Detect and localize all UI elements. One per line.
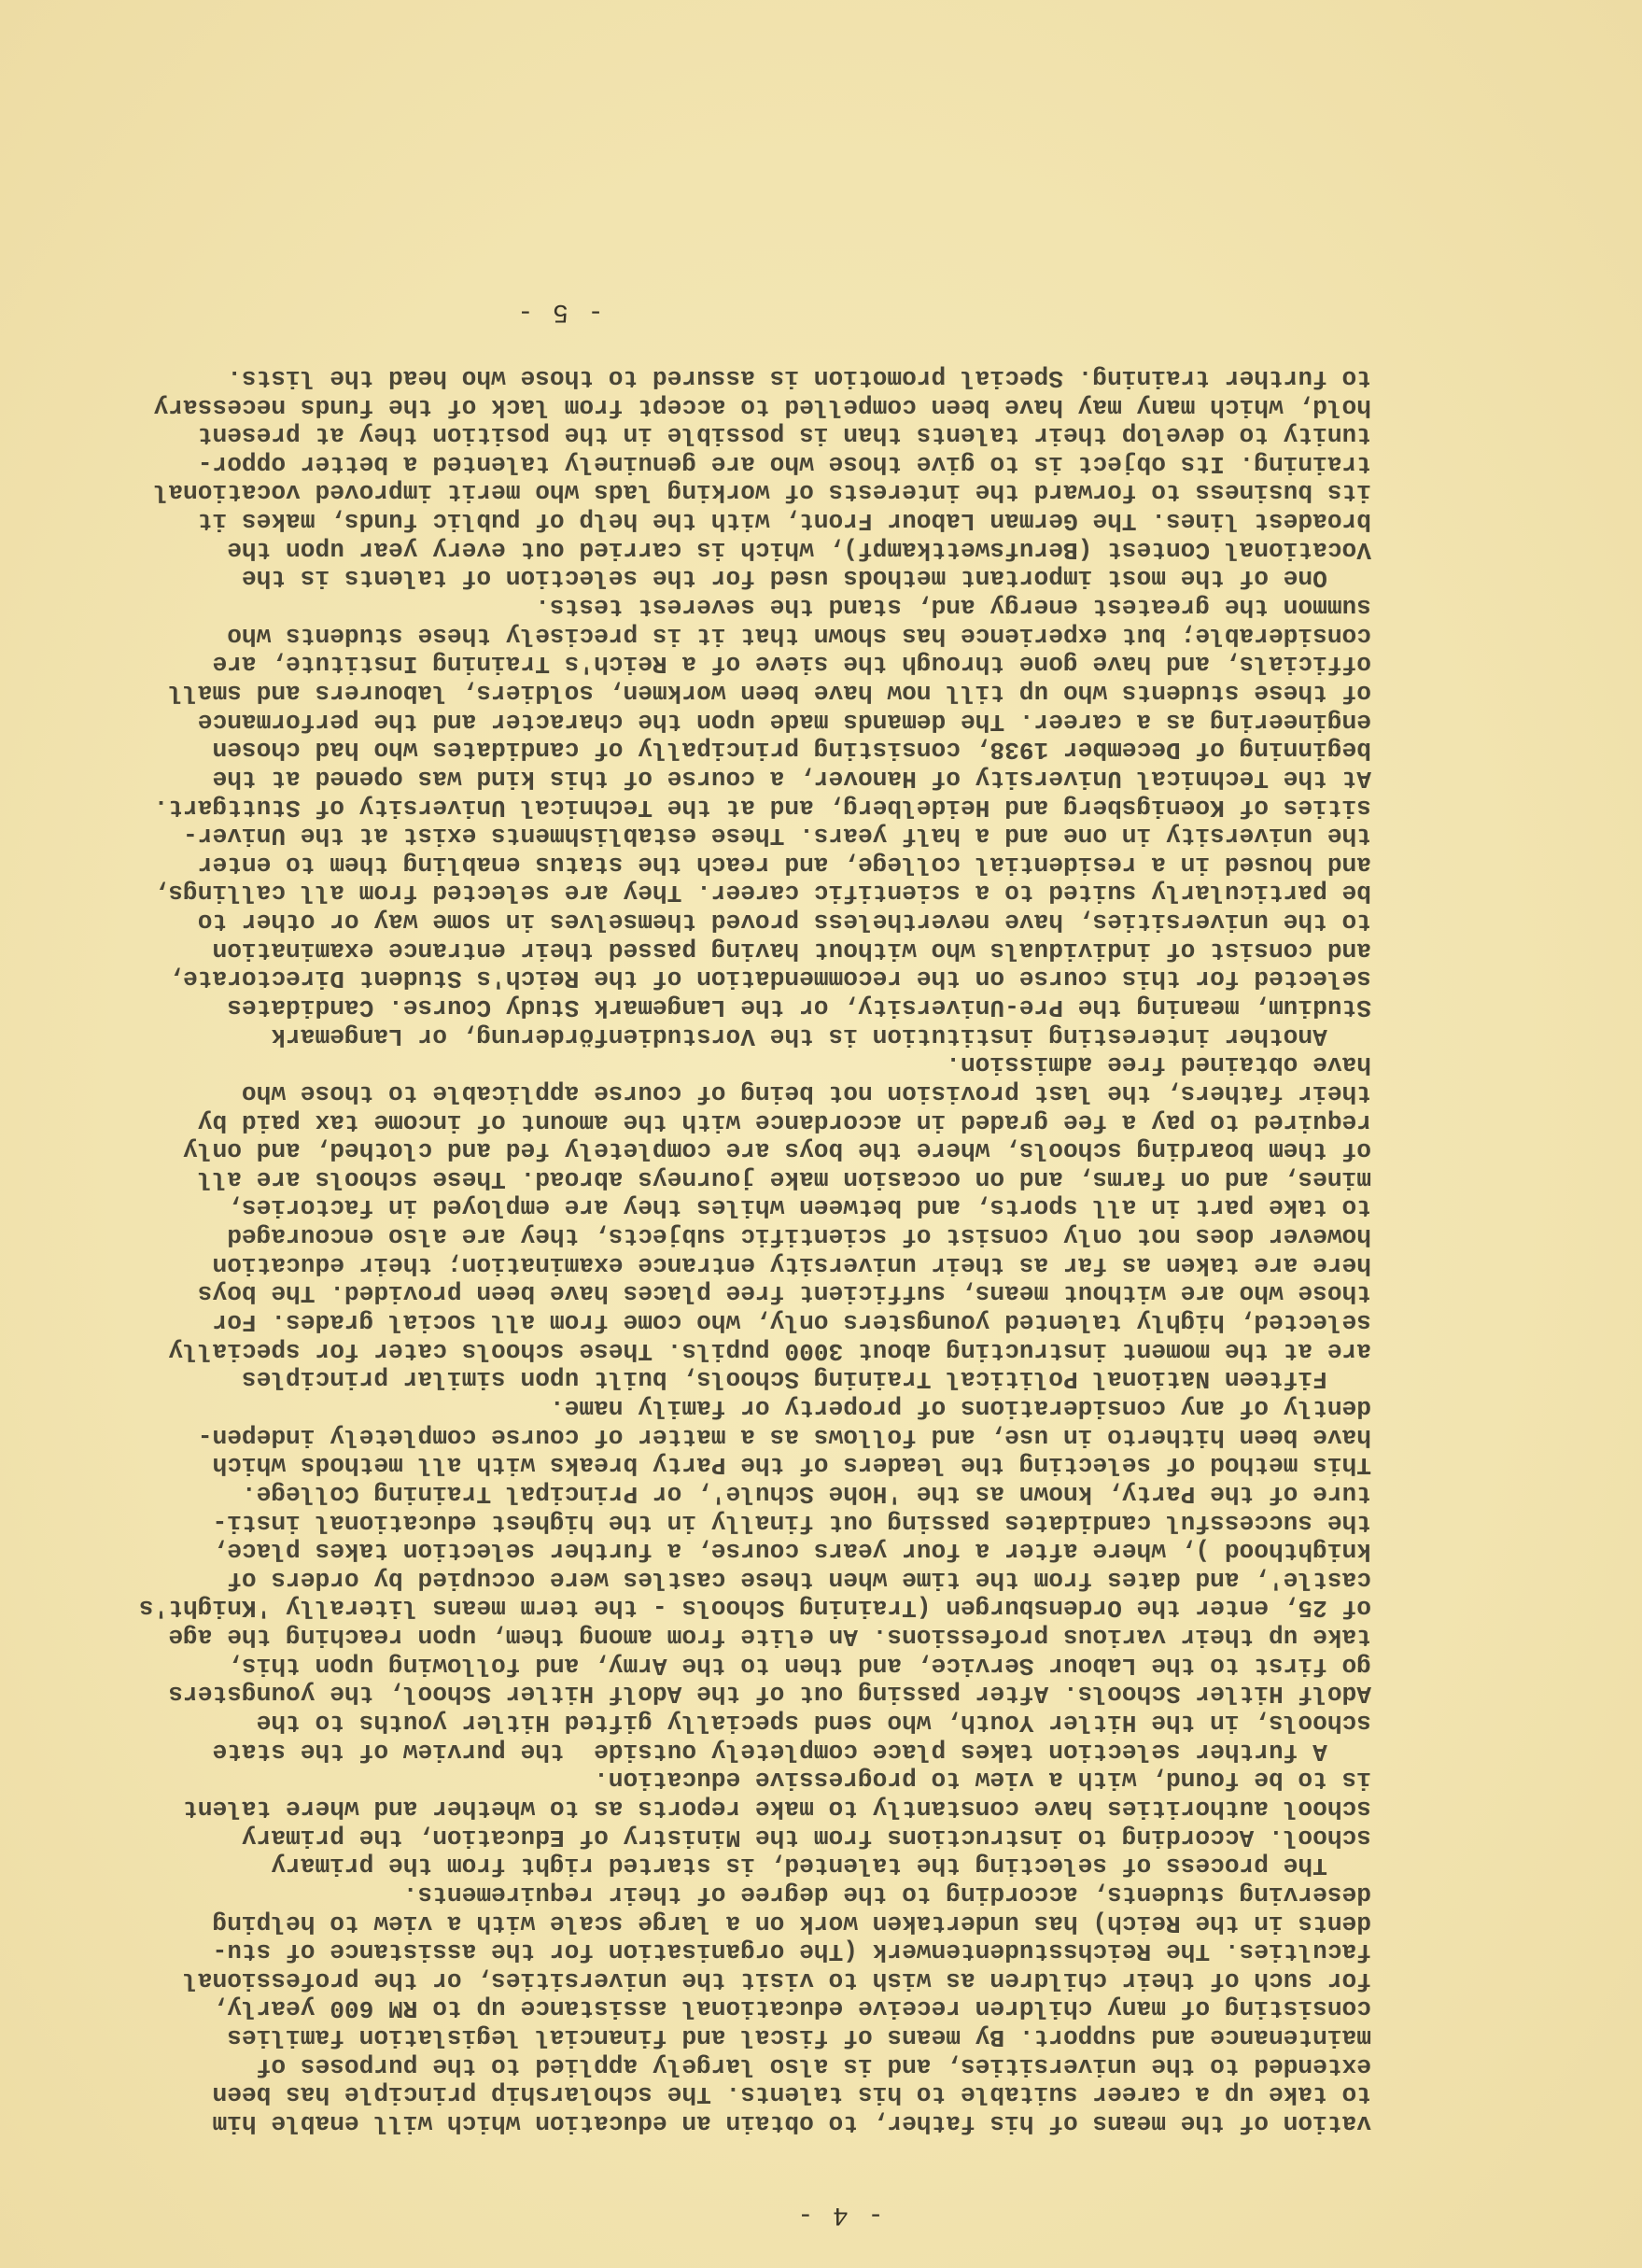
text-line: This method of selecting the leaders of … (83, 1451, 1371, 1480)
text-line: is to be found, with a view to progressi… (83, 1766, 1371, 1795)
text-line: to the universities, have nevertheless p… (83, 907, 1371, 936)
text-line: dents in the Reich) has undertaken work … (83, 1909, 1371, 1937)
text-line: dently of any considerations of property… (83, 1393, 1371, 1422)
text-line: extended to the universities, and is als… (83, 2051, 1371, 2080)
text-line: castle', and dates from the time when th… (83, 1565, 1371, 1594)
text-line: school authorities have constantly to ma… (83, 1794, 1371, 1823)
text-line: however does not only consist of scienti… (83, 1222, 1371, 1251)
text-line: of 25, enter the Ordensburgen (Training … (83, 1594, 1371, 1623)
text-line: for such of their children as wish to vi… (83, 1965, 1371, 1994)
text-line: of them boarding schools, where the boys… (83, 1136, 1371, 1165)
text-line: selected for this course on the recommen… (83, 965, 1371, 993)
text-line: maintenance and support. By means of fis… (83, 2022, 1371, 2051)
text-line: beginning of December 1938, consisting p… (83, 736, 1371, 765)
text-line: its business to forward the interests of… (83, 478, 1371, 507)
text-line: tunity to develop their talents than is … (83, 421, 1371, 450)
text-line: to further training. Special promotion i… (83, 363, 1371, 392)
page-number-5: - 5 - (0, 297, 1381, 326)
text-line: have obtained free admission. (83, 1050, 1371, 1079)
text-line: their fathers, the last provision not be… (83, 1078, 1371, 1107)
text-line: One of the most important methods used f… (83, 564, 1371, 593)
text-line: Adolf Hitler Schools. After passing out … (83, 1680, 1371, 1709)
text-line: vation of the means of his father, to ob… (83, 2108, 1371, 2137)
document-page: - 4 - vation of the means of his father,… (0, 0, 1642, 2268)
text-line: engineering as a career. The demands mad… (83, 707, 1371, 736)
text-line: The process of selecting the talented, i… (83, 1852, 1371, 1881)
text-line: mines, and on farms, and on occasion mak… (83, 1164, 1371, 1193)
text-line: the university in one and a half years. … (83, 822, 1371, 851)
text-line: go first to the Labour Service, and then… (83, 1651, 1371, 1680)
text-line: the successful candidates passing out fi… (83, 1508, 1371, 1537)
text-line: training. Its object is to give those wh… (83, 449, 1371, 478)
text-line: and consist of individuals who without h… (83, 936, 1371, 965)
text-line: schools, in the Hitler Youth, who send s… (83, 1708, 1371, 1737)
text-line: here are taken as far as their universit… (83, 1250, 1371, 1279)
text-line: At the Technical University of Hanover, … (83, 764, 1371, 793)
text-line: to take up a career suitable to his tale… (83, 2080, 1371, 2109)
text-line: broadest lines. The German Labour Front,… (83, 506, 1371, 535)
text-line: considerable; but experience has shown t… (83, 621, 1371, 650)
body-text: vation of the means of his father, to ob… (83, 363, 1371, 2137)
text-line: ture of the Party, known as the 'Hohe Sc… (83, 1479, 1371, 1508)
text-line: those who are without means, sufficient … (83, 1279, 1371, 1308)
text-line: and housed in a residential college, and… (83, 850, 1371, 879)
text-line: faculties. The Reichsstudentenwerk (The … (83, 1937, 1371, 1966)
page-number-4: - 4 - (19, 2200, 1642, 2229)
text-line: are at the moment instructing about 3000… (83, 1336, 1371, 1365)
text-line: to take part in all sports, and between … (83, 1193, 1371, 1222)
text-line: Studium, meaning the Pre-University, or … (83, 993, 1371, 1021)
text-line: knighthood ), where after a four years c… (83, 1537, 1371, 1566)
text-line: have been hitherto in use, and follows a… (83, 1422, 1371, 1451)
text-line: officials, and have gone through the sie… (83, 650, 1371, 679)
text-line: deserving students, according to the deg… (83, 1880, 1371, 1909)
text-line: school. According to instructions from t… (83, 1823, 1371, 1852)
text-line: required to pay a fee graded in accordan… (83, 1107, 1371, 1136)
text-line: summon the greatest energy and, stand th… (83, 592, 1371, 621)
text-line: hold, which many may have been compelled… (83, 392, 1371, 421)
text-line: take up their various professions. An el… (83, 1622, 1371, 1651)
text-line: sities of Koenigsberg and Heidelberg, an… (83, 793, 1371, 822)
text-line: selected, highly talented youngsters onl… (83, 1307, 1371, 1336)
text-line: Another interesting institution is the V… (83, 1021, 1371, 1050)
text-line: be particularly suited to a scientific c… (83, 879, 1371, 908)
text-line: A further selection takes place complete… (83, 1737, 1371, 1766)
text-line: consisting of many children receive educ… (83, 1994, 1371, 2023)
text-line: Vocational Contest (Berufswettkampf), wh… (83, 535, 1371, 564)
text-line: Fifteen National Political Training Scho… (83, 1365, 1371, 1394)
text-line: of these students who up till now have b… (83, 678, 1371, 707)
